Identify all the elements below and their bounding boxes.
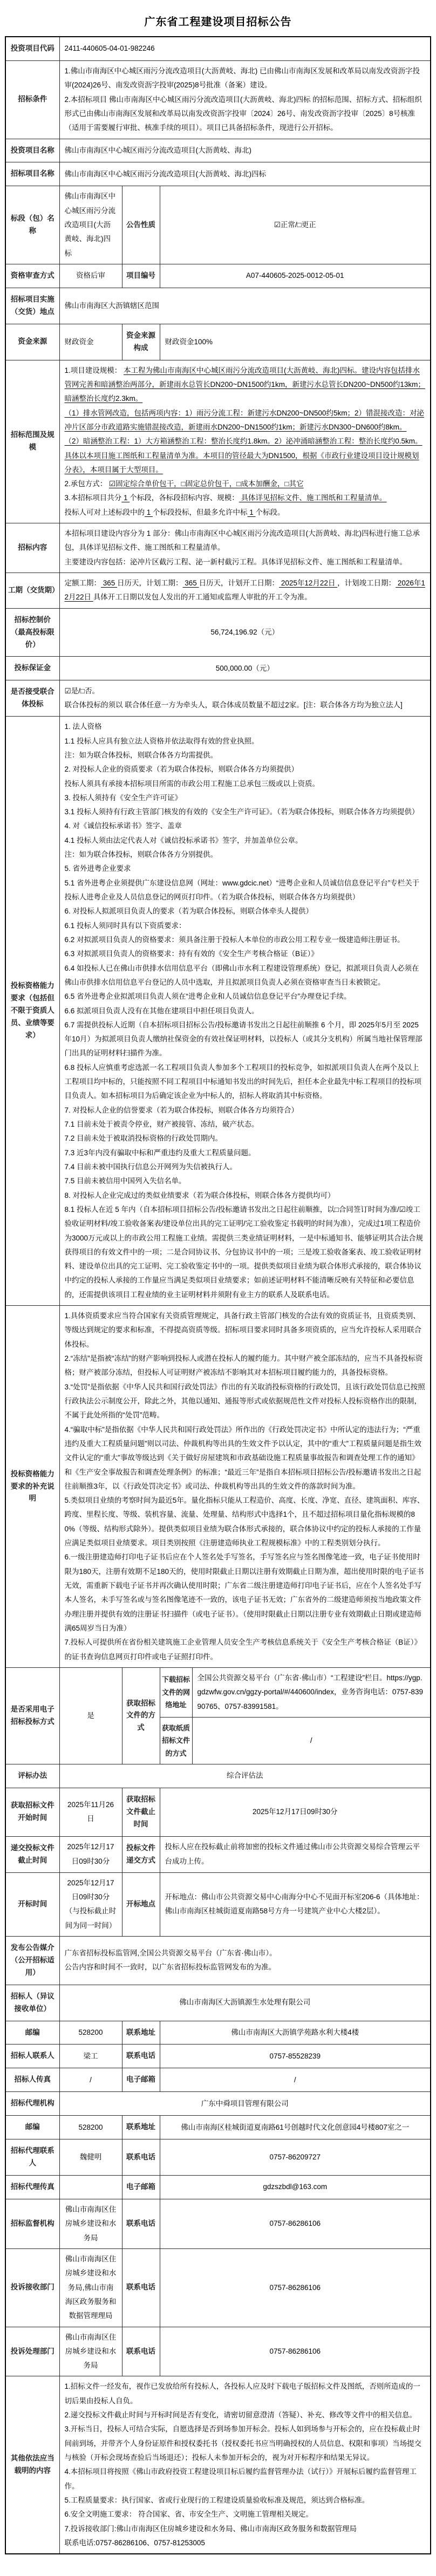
bid-bond-value: 500,000.00（元） (59, 657, 431, 680)
submission-deadline-label: 递交投标文件截止时间 (5, 1836, 59, 1872)
row-agency-post: 邮编 528200 联系地址 佛山市南海区桂城街道夏南路61号创越时代文化创意园… (5, 2116, 431, 2139)
tenderer-fax-label: 招标人传真 (5, 2068, 59, 2092)
other-value: 1.招标文件一经发布，视作已发放给所有投标人，各投标人应及时下载电子版招标文件及… (59, 2376, 431, 2554)
project-no-value: A07-440605-2025-0012-05-01 (160, 264, 431, 288)
supervisor-value: 佛山市南海区住房城乡建设和水务局 (59, 2199, 122, 2249)
tenderer-phone-value: 0757-85528239 (160, 2045, 431, 2068)
notice-nature-value: ☑正常/□更正 (160, 186, 431, 264)
duration-label: 工期（交货期） (5, 573, 59, 609)
submission-method-label: 投标文件递交方式 (122, 1836, 160, 1872)
doc-start-value: 2025年11月26日 (59, 1788, 122, 1836)
row-opening: 开标时间 2025年12月17日09时30分（与投标截止时间为同一时间） 开标地… (5, 1872, 431, 1936)
agency-address-value: 佛山市南海区桂城街道夏南路61号创越时代文化创意园4号楼807室之一 (160, 2116, 431, 2139)
complaint-recv-value: 佛山市南海区住房城乡建设和水务局,佛山市南海区政务服务和数据管理理局 (59, 2248, 122, 2327)
tenderer-address-value: 佛山市南海区大沥镇学苑路水利大楼4楼 (160, 2021, 431, 2045)
agency-contact-label: 招标代理联系人 (5, 2139, 59, 2176)
agency-phone-value: 0757-86209727 (160, 2139, 431, 2176)
row-complaint-handle: 投诉处理部门 佛山市南海区住房城乡建设和水务局 联系电话 0757-862861… (5, 2327, 431, 2376)
agency-address-label: 联系地址 (122, 2116, 160, 2139)
submission-deadline-value: 2025年12月17日09时30分 (59, 1836, 122, 1872)
row-submission: 递交投标文件截止时间 2025年12月17日09时30分 投标文件递交方式 投标… (5, 1836, 431, 1872)
paper-docs-label: 获取纸质招标文件的方式 (160, 1717, 192, 1764)
row-funding: 资金来源 财政资金 资金来源构成 财政资金100% (5, 324, 431, 360)
announcement-page: 广东省工程建设项目招标公告 投资项目代码 2411-440605-04-01-9… (0, 0, 436, 2576)
download-url-value: 全国公共资源交易平台（广东省·佛山市）“工程建设”栏目。https://ygp.… (192, 1667, 431, 1717)
qualification-notes-value: 1.具体资质要求应当符合国家有关资质管理规定，具备行政主管部门核发的合法有效的资… (59, 1306, 431, 1668)
duration-value: 定额工期： 365 日历天，计划工期： 365 日历天，计划开工日期： 2025… (59, 573, 431, 609)
section-label: 标段（包）名称 (5, 186, 59, 264)
tenderer-label: 招标人（异议接收单位） (5, 1985, 59, 2021)
row-tenderer-contact: 招标人联系人 梁工 联系电话 0757-85528239 (5, 2045, 431, 2068)
agency-email-value: gdzszbdl@163.com (160, 2176, 431, 2199)
row-qualification-notes: 投标资格能力要求的补充说明 1.具体资质要求应当符合国家有关资质管理规定，具备行… (5, 1306, 431, 1668)
agency-postcode-label: 邮编 (5, 2116, 59, 2139)
tenderer-email-value: / (160, 2068, 431, 2092)
row-investment-code: 投资项目代码 2411-440605-04-01-982246 (5, 37, 431, 60)
investment-name-label: 投资项目名称 (5, 139, 59, 162)
tender-conditions-label: 招标条件 (5, 60, 59, 139)
other-label: 其他依法应当载明的内容 (5, 2376, 59, 2554)
location-label: 招标项目实施（交货）地点 (5, 288, 59, 324)
investment-code-label: 投资项目代码 (5, 37, 59, 60)
row-tenderer-post: 邮编 528200 联系地址 佛山市南海区大沥镇学苑路水利大楼4楼 (5, 2021, 431, 2045)
submission-method-value: 投标人应在投标截止前将加密的投标文件通过佛山市公共资源交易综合管理云平台成功上传… (160, 1836, 431, 1872)
content-label: 招标内容 (5, 523, 59, 573)
row-consortium: 是否接受联合体投标 ☑是/□否。联合体投标的须以 联合体任意一方为牵头人，联合体… (5, 680, 431, 717)
media-value: 广东省招标投标监管网,全国公共资源交易平台（广东省·佛山市）。公告内容和时间不一… (59, 1936, 431, 1985)
row-agency-fax: 招标代理传真 电子邮箱 gdzszbdl@163.com (5, 2176, 431, 2199)
agency-label: 招标代理机构 (5, 2092, 59, 2116)
row-qualification-review: 资格审查方式 资格后审 项目编号 A07-440605-2025-0012-05… (5, 264, 431, 288)
tenderer-contact-label: 招标人联系人 (5, 2045, 59, 2068)
e-bidding-value: 是 (59, 1667, 122, 1764)
download-url-label: 下载招标文件的网络地址 (160, 1667, 192, 1717)
control-price-value: 56,724,196.92（元） (59, 608, 431, 657)
row-complaint-recv: 投诉接收部门 佛山市南海区住房城乡建设和水务局,佛山市南海区政务服务和数据管理理… (5, 2248, 431, 2327)
tenderer-fax-value: / (59, 2068, 122, 2092)
row-location: 招标项目实施（交货）地点 佛山市南海区大沥镇辖区范围 (5, 288, 431, 324)
evaluation-label: 评标办法 (5, 1764, 59, 1788)
tenderer-address-label: 联系地址 (122, 2021, 160, 2045)
tenderer-postcode-label: 邮编 (5, 2021, 59, 2045)
opening-time-label: 开标时间 (5, 1872, 59, 1936)
agency-fax-label: 招标代理传真 (5, 2176, 59, 2199)
tenderer-email-label: 电子邮箱 (122, 2068, 160, 2092)
row-doc-time: 获取招标文件开始时间 2025年11月26日 获取招标文件截止时间 2025年1… (5, 1788, 431, 1836)
tenderer-phone-label: 联系电话 (122, 2045, 160, 2068)
evaluation-value: 综合评估法 (59, 1764, 431, 1788)
row-evaluation: 评标办法 综合评估法 (5, 1764, 431, 1788)
row-tenderer-fax: 招标人传真 / 电子邮箱 / (5, 2068, 431, 2092)
paper-docs-value: / (192, 1717, 431, 1764)
agency-email-label: 电子邮箱 (122, 2176, 160, 2199)
page-title: 广东省工程建设项目招标公告 (5, 13, 431, 29)
complaint-handle-phone-label: 联系电话 (122, 2327, 160, 2376)
funding-composition-label: 资金来源构成 (122, 324, 160, 360)
agency-phone-label: 联系电话 (122, 2139, 160, 2176)
row-investment-name: 投资项目名称 佛山市南海区中心城区雨污分流改造项目(大沥黄岐、海北) (5, 139, 431, 162)
agency-value: 广东中舜项目管理有限公司 (59, 2092, 431, 2116)
obtain-docs-label: 获取招标文件的方式 (122, 1667, 160, 1764)
section-value: 佛山市南海区中心城区雨污分流改造项目(大沥黄岐、海北)四标 (59, 186, 122, 264)
row-scope: 招标范围及规模 1.项目建设规模： 本工程为佛山市南海区中心城区雨污分流改造项目… (5, 360, 431, 523)
supervisor-phone-label: 联系电话 (122, 2199, 160, 2249)
supervisor-phone-value: 0757-86286106 (160, 2199, 431, 2249)
agency-fax-value (59, 2176, 122, 2199)
tender-conditions-value: 1.佛山市南海区中心城区雨污分流改造项目(大沥黄岐、海北) 已由佛山市南海区发展… (59, 60, 431, 139)
opening-time-value: 2025年12月17日09时30分（与投标截止时间为同一时间） (59, 1872, 122, 1936)
row-tender-name: 招标项目名称 佛山市南海区中心城区雨污分流改造项目(大沥黄岐、海北)四标 (5, 162, 431, 186)
project-no-label: 项目编号 (122, 264, 160, 288)
complaint-recv-label: 投诉接收部门 (5, 2248, 59, 2327)
row-bid-bond: 投标保证金 500,000.00（元） (5, 657, 431, 680)
row-qualification-req: 投标资格能力要求（包括但不限于资质人员、业绩等要求） 1. 法人资格1.1 投标… (5, 717, 431, 1306)
announcement-table: 投资项目代码 2411-440605-04-01-982246 招标条件 1.佛… (5, 36, 431, 2554)
row-supervisor: 招标监督机构 佛山市南海区住房城乡建设和水务局 联系电话 0757-862861… (5, 2199, 431, 2249)
row-section: 标段（包）名称 佛山市南海区中心城区雨污分流改造项目(大沥黄岐、海北)四标 公告… (5, 186, 431, 264)
agency-postcode-value: 528200 (59, 2116, 122, 2139)
location-value: 佛山市南海区大沥镇辖区范围 (59, 288, 431, 324)
row-duration: 工期（交货期） 定额工期： 365 日历天，计划工期： 365 日历天，计划开工… (5, 573, 431, 609)
row-media: 发布公告媒介（公开招标适用） 广东省招标投标监管网,全国公共资源交易平台（广东省… (5, 1936, 431, 1985)
complaint-handle-label: 投诉处理部门 (5, 2327, 59, 2376)
complaint-handle-value: 佛山市南海区住房城乡建设和水务局 (59, 2327, 122, 2376)
funding-label: 资金来源 (5, 324, 59, 360)
row-agency-contact: 招标代理联系人 魏健明 联系电话 0757-86209727 (5, 2139, 431, 2176)
row-tenderer: 招标人（异议接收单位） 佛山市南海区大沥镇源生水处理有限公司 (5, 1985, 431, 2021)
qualification-review-label: 资格审查方式 (5, 264, 59, 288)
scope-label: 招标范围及规模 (5, 360, 59, 523)
qualification-req-label: 投标资格能力要求（包括但不限于资质人员、业绩等要求） (5, 717, 59, 1306)
tender-name-label: 招标项目名称 (5, 162, 59, 186)
agency-contact-value: 魏健明 (59, 2139, 122, 2176)
control-price-label: 招标控制价（最高投标限价） (5, 608, 59, 657)
row-tender-conditions: 招标条件 1.佛山市南海区中心城区雨污分流改造项目(大沥黄岐、海北) 已由佛山市… (5, 60, 431, 139)
tender-name-value: 佛山市南海区中心城区雨污分流改造项目(大沥黄岐、海北)四标 (59, 162, 431, 186)
qualification-req-value: 1. 法人资格1.1 投标人应具有独立法人资格并依法取得有效的营业执照。注：如为… (59, 717, 431, 1306)
complaint-recv-phone-value: 0757-86286106 (160, 2248, 431, 2327)
row-agency: 招标代理机构 广东中舜项目管理有限公司 (5, 2092, 431, 2116)
funding-composition-value: 财政资金100% (160, 324, 431, 360)
media-label: 发布公告媒介（公开招标适用） (5, 1936, 59, 1985)
bid-bond-label: 投标保证金 (5, 657, 59, 680)
consortium-value: ☑是/□否。联合体投标的须以 联合体任意一方为牵头人，联合体成员数量不超过2家。… (59, 680, 431, 717)
notice-nature-label: 公告性质 (122, 186, 160, 264)
complaint-handle-phone-value: 0757-86286106 (160, 2327, 431, 2376)
scope-value: 1.项目建设规模： 本工程为佛山市南海区中心城区雨污分流改造项目(大沥黄岐、海北… (59, 360, 431, 523)
consortium-label: 是否接受联合体投标 (5, 680, 59, 717)
opening-place-value: 开标地点：佛山市公共资源交易中心南海分中心不见面开标室206-6（具体地址：佛山… (160, 1872, 431, 1936)
tenderer-value: 佛山市南海区大沥镇源生水处理有限公司 (59, 1985, 431, 2021)
tenderer-postcode-value: 528200 (59, 2021, 122, 2045)
qualification-review-value: 资格后审 (59, 264, 122, 288)
e-bidding-label: 是否采用电子招标投标方式 (5, 1667, 59, 1764)
doc-end-value: 2025年12月17日09时30分 (160, 1788, 431, 1836)
funding-value: 财政资金 (59, 324, 122, 360)
row-control-price: 招标控制价（最高投标限价） 56,724,196.92（元） (5, 608, 431, 657)
row-e-bidding: 是否采用电子招标投标方式 是 获取招标文件的方式 下载招标文件的网络地址 全国公… (5, 1667, 431, 1717)
investment-name-value: 佛山市南海区中心城区雨污分流改造项目(大沥黄岐、海北) (59, 139, 431, 162)
row-content: 招标内容 本招标项目建设内容分为 1 部分：佛山市南海区中心城区雨污分流改造项目… (5, 523, 431, 573)
tenderer-contact-value: 梁工 (59, 2045, 122, 2068)
supervisor-label: 招标监督机构 (5, 2199, 59, 2249)
investment-code-value: 2411-440605-04-01-982246 (59, 37, 431, 60)
opening-place-label: 开标地点 (122, 1872, 160, 1936)
row-other: 其他依法应当载明的内容 1.招标文件一经发布，视作已发放给所有投标人，各投标人应… (5, 2376, 431, 2554)
doc-start-label: 获取招标文件开始时间 (5, 1788, 59, 1836)
doc-end-label: 获取招标文件截止时间 (122, 1788, 160, 1836)
qualification-notes-label: 投标资格能力要求的补充说明 (5, 1306, 59, 1668)
content-value: 本招标项目建设内容分为 1 部分：佛山市南海区中心城区雨污分流改造项目(大沥黄岐… (59, 523, 431, 573)
complaint-recv-phone-label: 联系电话 (122, 2248, 160, 2327)
